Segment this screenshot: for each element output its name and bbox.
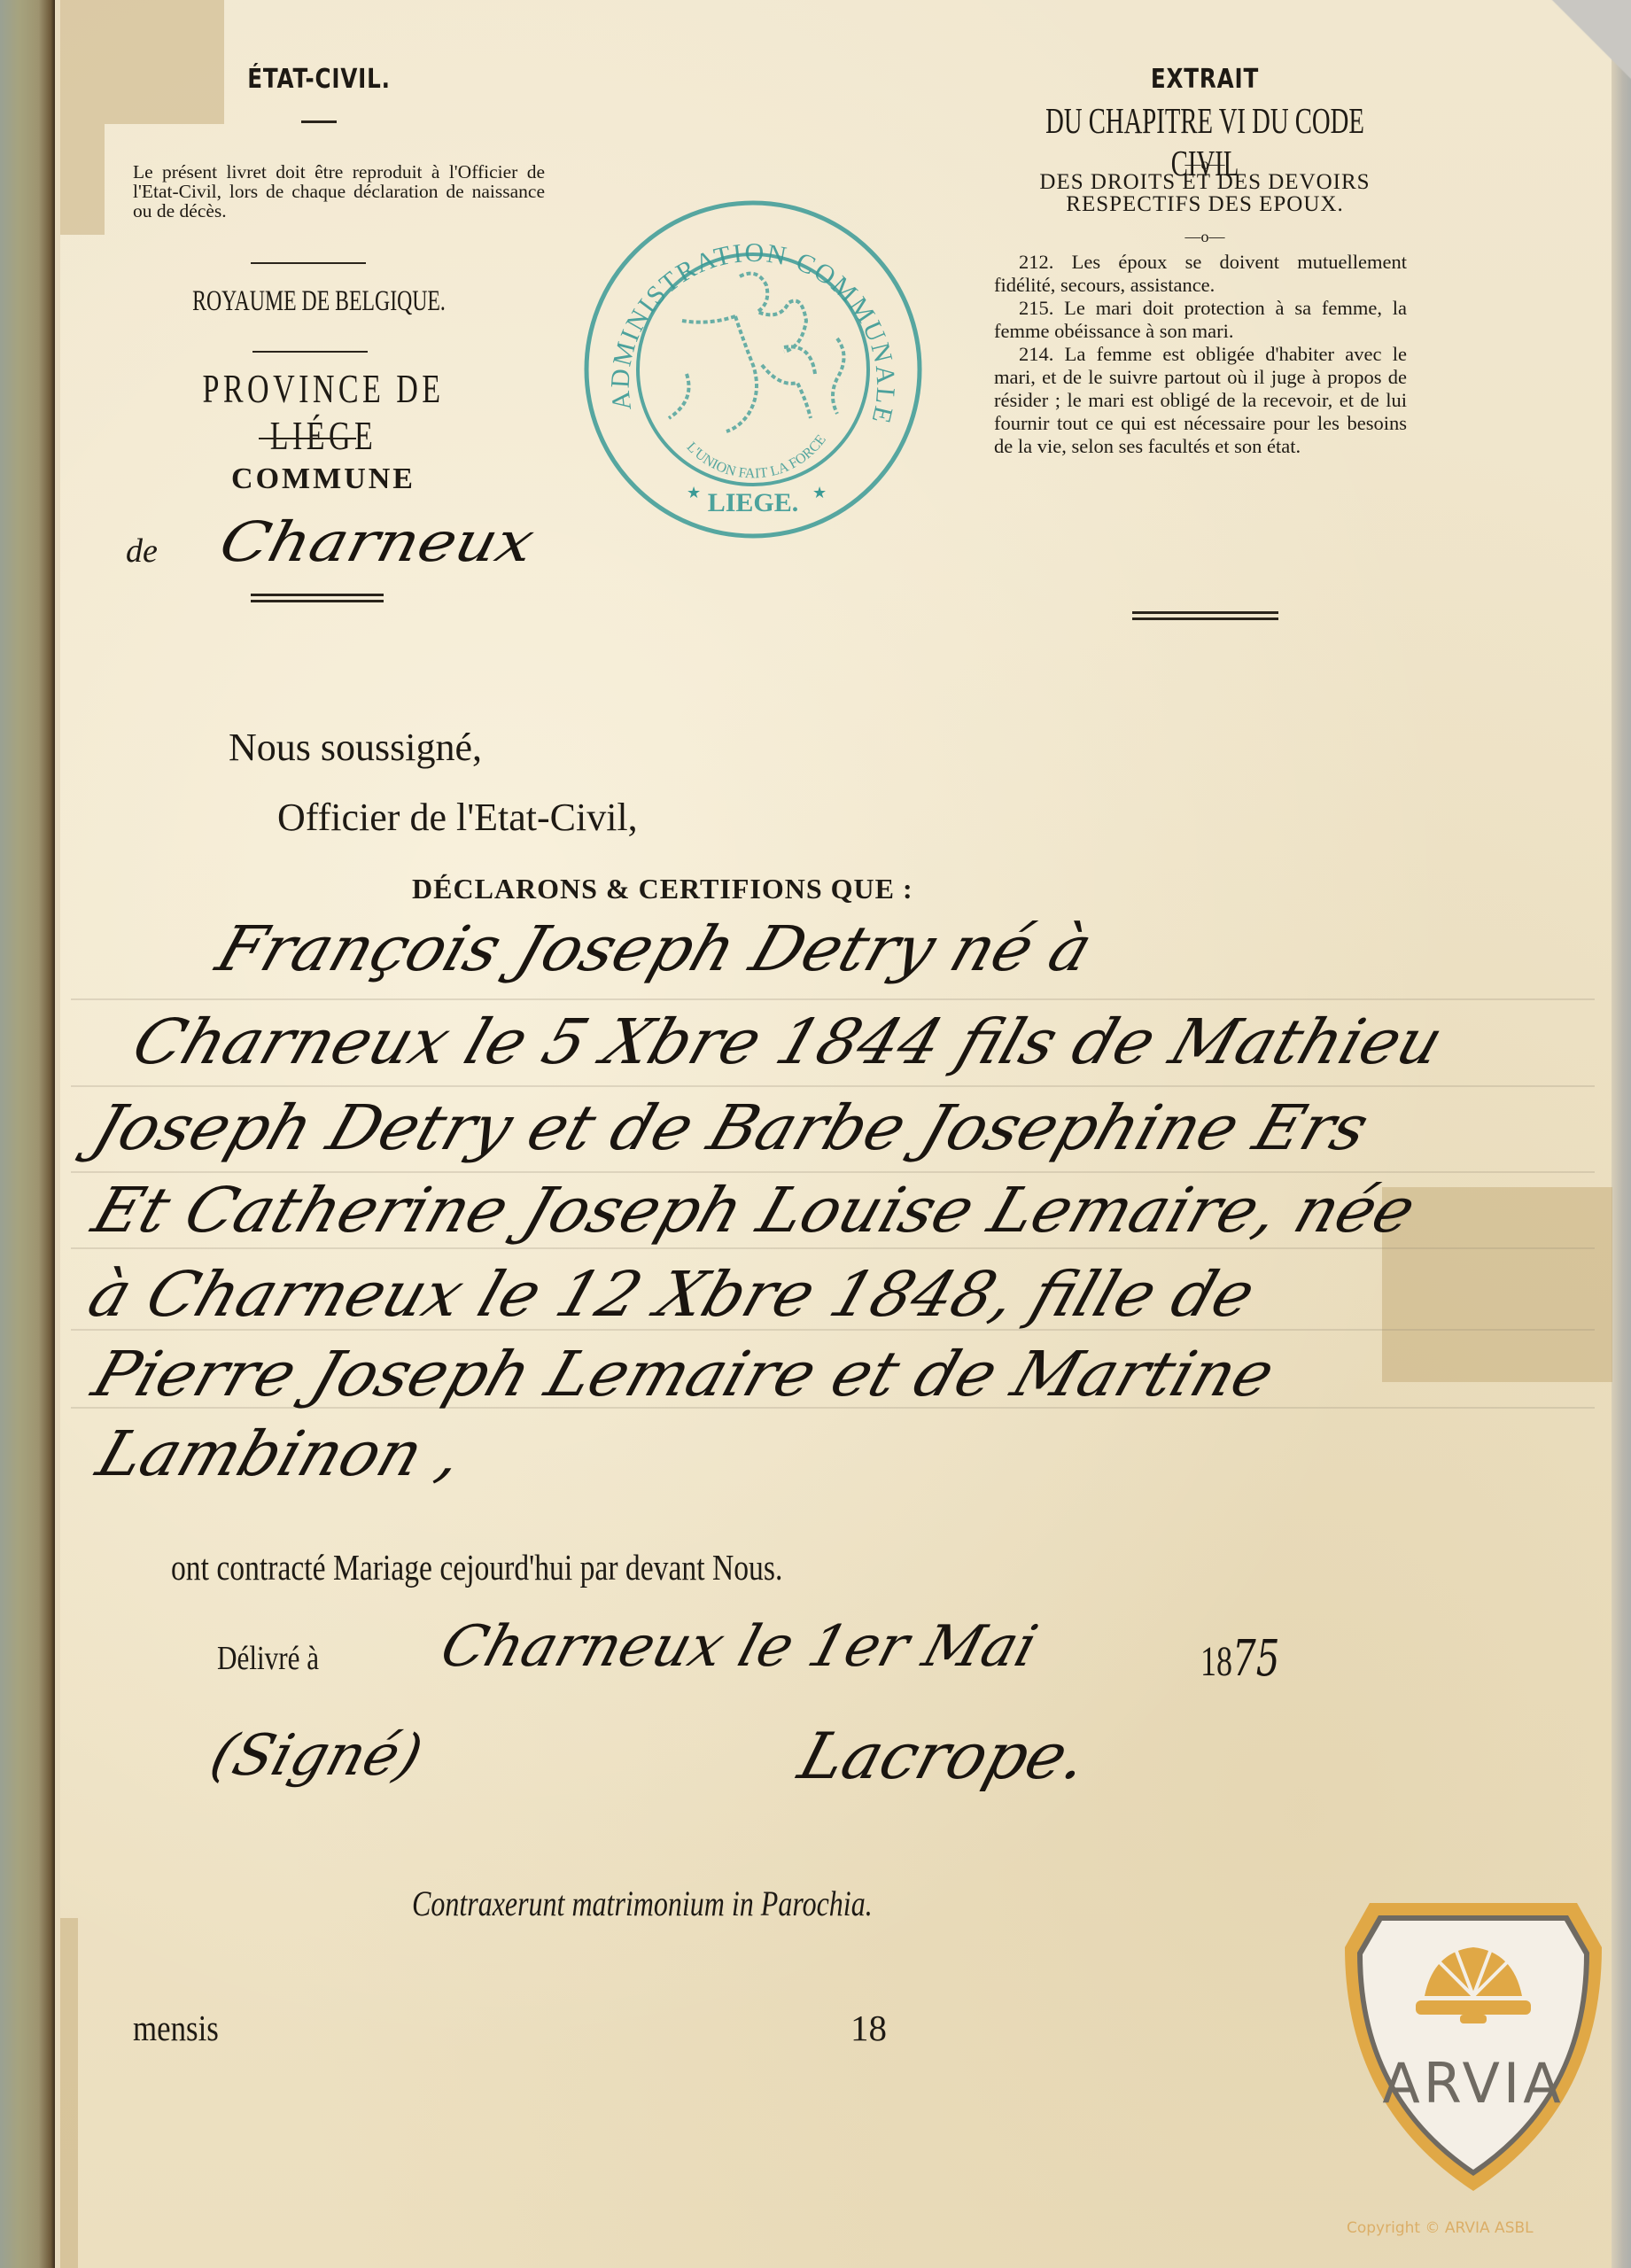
year-printed: 18 [1200,1638,1232,1685]
declaration-heading: DÉCLARONS & CERTIFIONS QUE : [412,873,913,905]
delivered-place-date: Charneux le 1er Mai [433,1614,1044,1680]
handwritten-line-4: Et Catherine Joseph Louise Lemaire, née [84,1174,1425,1247]
municipal-seal-stamp: ADMINISTRATION COMMUNALE DE CHARNEUX. LI… [580,197,926,542]
handwritten-line-5: à Charneux le 12 Xbre 1848, fille de [80,1258,1264,1331]
year-prefix: 18 [850,2007,887,2049]
officer-line: Officier de l'Etat-Civil, [277,795,638,840]
star-icon: ★ [687,484,701,501]
double-divider [1132,611,1278,614]
lion-rampant-icon [669,274,844,431]
tape-stain [1382,1187,1612,1382]
tape-stain [60,0,224,124]
commune-name-handwritten: Charneux [214,509,540,574]
copyright-notice: Copyright © ARVIA ASBL [1347,2219,1534,2237]
contract-statement: ont contracté Mariage cejourd'hui par de… [171,1546,782,1588]
seal-bottom-text: LIEGE. [708,488,799,517]
ruled-line [71,1171,1595,1173]
ruled-line [71,1247,1595,1249]
divider [251,262,366,264]
book-spine [0,0,55,2268]
delivered-year: 1875 [1200,1630,1279,1688]
commune-prefix: de [126,532,158,571]
arvia-logo-text: ARVIA [1382,2051,1564,2116]
document-page: ÉTAT-CIVIL. Le présent livret doit être … [0,0,1631,2268]
handwritten-line-2: Charneux le 5 Xbre 1844 fils de Mathieu [124,1006,1452,1078]
civil-code-articles: 212. Les époux se doivent mutuellement f… [994,251,1407,458]
page-right-edge [1612,0,1631,2268]
article-214: 214. La femme est obligée d'habiter avec… [994,343,1407,458]
province-heading: PROVINCE DE LIÉGE [169,365,478,459]
section-heading: DES DROITS ET DES DEVOIRS RESPECTIFS DES… [992,171,1417,215]
seal-outer-text: ADMINISTRATION COMMUNALE DE CHARNEUX. [580,197,900,428]
latin-parish-line: Contraxerunt matrimonium in Parochia. [412,1883,873,1924]
ruled-line [71,998,1595,1000]
article-212: 212. Les époux se doivent mutuellement f… [994,251,1407,297]
delivered-label: Délivré à [217,1639,319,1678]
handwritten-line-6: Pierre Joseph Lemaire et de Martine [84,1338,1284,1410]
commune-label: COMMUNE [177,462,470,496]
officer-signature: Lacrope. [791,1719,1097,1793]
tape-stain [60,1918,78,2268]
tape-stain [60,124,105,235]
mensis-label: mensis [133,2007,219,2049]
handwritten-line-1: François Joseph Detry né à [208,913,1101,985]
year-handwritten: 75 [1232,1630,1279,1688]
separator: —o— [1169,228,1240,246]
star-icon: ★ [812,484,827,501]
etat-civil-title: ÉTAT-CIVIL. [181,64,457,95]
torn-corner [1534,0,1631,97]
signed-mark: (Signé) [203,1723,430,1789]
handwritten-line-3: Joseph Detry et de Barbe Josephine Ers [84,1091,1378,1164]
ruled-line [71,1085,1595,1087]
etat-civil-note: Le présent livret doit être reproduit à … [133,162,545,221]
section-heading-line2: RESPECTIFS DES EPOUX. [992,193,1417,215]
divider [301,120,337,123]
divider [259,438,356,439]
section-heading-line1: DES DROITS ET DES DEVOIRS [992,171,1417,193]
divider [252,351,368,353]
double-divider [251,594,384,596]
article-213: 215. Le mari doit protection à sa femme,… [994,297,1407,343]
kingdom-heading: ROYAUME DE BELGIQUE. [191,285,447,318]
handwritten-line-7: Lambinon , [89,1417,472,1490]
undersigned-line: Nous soussigné, [229,725,482,770]
extrait-title: EXTRAIT [1074,64,1335,95]
arvia-watermark-logo: ARVIA [1336,1885,1611,2204]
